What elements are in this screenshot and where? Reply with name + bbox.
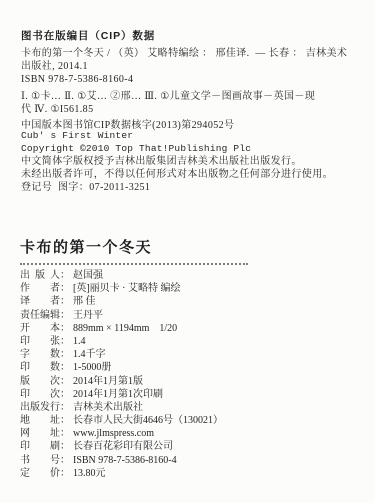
colophon-row-print-run: 印数 ： 1-5000册: [20, 361, 365, 374]
colophon-value: 1.4: [73, 335, 86, 348]
colophon-row-publisher: 出版发行 ： 吉林美术出版社: [20, 401, 365, 414]
colophon-value: 13.80元: [73, 467, 106, 480]
license-line: 中文简体字版权授予吉林出版集团吉林美术出版社出版发行。: [21, 156, 363, 169]
colophon-label: 作者: [20, 282, 60, 295]
cip-class-line: 代 Ⅳ. ①I561.85: [21, 104, 363, 117]
colophon-row-editor: 责任编辑 ： 王丹平: [20, 309, 365, 322]
colophon-label: 地址: [20, 414, 60, 427]
colophon-label: 译者: [20, 295, 60, 308]
colophon-colon: ：: [60, 361, 70, 374]
colophon-value: 长春市人民大街4646号（130021）: [73, 414, 223, 427]
colophon-value: 1.4千字: [73, 348, 106, 361]
colophon-value: 王丹平: [73, 309, 103, 322]
colophon-label: 字数: [20, 348, 60, 361]
colophon-row-word-count: 字数 ： 1.4千字: [20, 348, 365, 361]
colophon-row-publisher-person: 出版人 ： 赵国强: [20, 269, 365, 282]
english-title-line: Cub' s First Winter: [21, 130, 363, 143]
registration-number-line: 登记号 图字：07-2011-3251: [21, 182, 363, 195]
book-title: 卡布的第一个冬天: [20, 236, 152, 257]
colophon-row-printer: 印刷 ： 长春百花彩印有限公司: [20, 440, 365, 453]
colophon-colon: ：: [60, 401, 70, 414]
book-copyright-page: 图书在版编目（CIP）数据 卡布的第一个冬天 / （英） 艾略特编绘 ： 邢佳译…: [0, 0, 375, 503]
colophon-value: 1-5000册: [73, 361, 111, 374]
cip-class-line: Ⅰ. ①卡… Ⅱ. ①艾… ②邢… Ⅲ. ①儿童文学－图画故事－英国－现: [21, 91, 363, 104]
colophon-label: 责任编辑: [20, 309, 60, 322]
colophon-value: 889mm × 1194mm 1/20: [73, 322, 177, 335]
colophon-colon: ：: [60, 375, 70, 388]
colophon-colon: ：: [60, 414, 70, 427]
colophon-label: 版次: [20, 375, 60, 388]
colophon-label: 印数: [20, 361, 60, 374]
colophon-row-website: 网址 ： www.jlmspress.com: [20, 427, 365, 440]
colophon-colon: ：: [60, 454, 70, 467]
colophon-colon: ：: [60, 309, 70, 322]
cip-header: 图书在版编目（CIP）数据: [21, 30, 363, 43]
colophon-label: 印次: [20, 388, 60, 401]
colophon-row-author: 作者 ： [英]丽贝卡 · 艾略特 编绘: [20, 282, 365, 295]
colophon-label: 出版人: [20, 269, 60, 282]
colophon-value: www.jlmspress.com: [73, 427, 154, 440]
cip-record-line: 卡布的第一个冬天 / （英） 艾略特编绘 ： 邢佳译. — 长春 ： 吉林美术: [21, 48, 363, 61]
colophon-value: 2014年1月第1版: [73, 375, 143, 388]
colophon-row-address: 地址 ： 长春市人民大街4646号（130021）: [20, 414, 365, 427]
cip-block: 图书在版编目（CIP）数据 卡布的第一个冬天 / （英） 艾略特编绘 ： 邢佳译…: [21, 30, 363, 133]
colophon-label: 开本: [20, 322, 60, 335]
colophon-row-sheets: 印张 ： 1.4: [20, 335, 365, 348]
colophon-value: ISBN 978-7-5386-8160-4: [73, 454, 177, 467]
colophon-label: 印刷: [20, 440, 60, 453]
colophon-colon: ：: [60, 269, 70, 282]
copyright-block: Cub' s First Winter Copyright ©2010 Top …: [21, 130, 363, 195]
colophon-value: 邢 佳: [73, 295, 96, 308]
colophon-colon: ：: [60, 335, 70, 348]
copyright-line: Copyright ©2010 Top That!Publishing Plc: [21, 143, 363, 156]
restriction-line: 未经出版者许可，不得以任何形式对本出版物之任何部分进行使用。: [21, 169, 363, 182]
colophon-row-format: 开本 ： 889mm × 1194mm 1/20: [20, 322, 365, 335]
colophon-value: 吉林美术出版社: [73, 401, 143, 414]
colophon-row-edition: 版次 ： 2014年1月第1版: [20, 375, 365, 388]
colophon-row-isbn: 书号 ： ISBN 978-7-5386-8160-4: [20, 454, 365, 467]
colophon-label: 出版发行: [20, 401, 60, 414]
colophon-value: [英]丽贝卡 · 艾略特 编绘: [73, 282, 181, 295]
colophon-colon: ：: [60, 440, 70, 453]
cip-record-line: 出版社, 2014.1: [21, 61, 363, 74]
colophon-label: 印张: [20, 335, 60, 348]
colophon-value: 2014年1月第1次印刷: [73, 388, 163, 401]
colophon-value: 赵国强: [73, 269, 103, 282]
colophon-label: 定价: [20, 467, 60, 480]
colophon-colon: ：: [60, 388, 70, 401]
colophon-row-impression: 印次 ： 2014年1月第1次印刷: [20, 388, 365, 401]
colophon-colon: ：: [60, 348, 70, 361]
colophon-value: 长春百花彩印有限公司: [73, 440, 173, 453]
colophon-row-translator: 译者 ： 邢 佳: [20, 295, 365, 308]
colophon-colon: ：: [60, 322, 70, 335]
colophon-colon: ：: [60, 295, 70, 308]
colophon-row-price: 定价 ： 13.80元: [20, 467, 365, 480]
colophon-colon: ：: [60, 427, 70, 440]
colophon-colon: ：: [60, 282, 70, 295]
cip-isbn-line: ISBN 978-7-5386-8160-4: [21, 74, 363, 87]
colophon-colon: ：: [60, 467, 70, 480]
colophon-block: 出版人 ： 赵国强 作者 ： [英]丽贝卡 · 艾略特 编绘 译者 ： 邢 佳 …: [20, 269, 365, 480]
dotted-divider: [20, 263, 248, 265]
colophon-label: 书号: [20, 454, 60, 467]
colophon-label: 网址: [20, 427, 60, 440]
